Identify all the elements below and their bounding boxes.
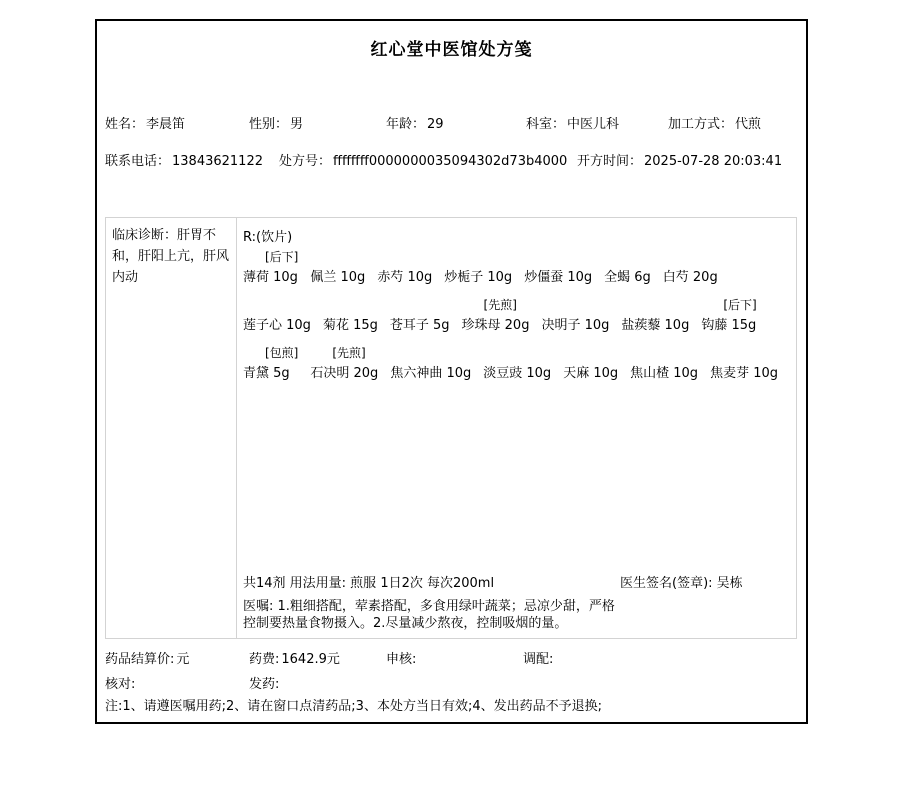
herb-item: [后下]钩藤 15g: [701, 296, 756, 337]
prepare-label: 调配:: [523, 652, 553, 667]
medical-advice: 医嘱: 1.粗细搭配，荤素搭配，多食用绿叶蔬菜；忌凉少甜，严格控制要热量食物摄入…: [243, 599, 621, 632]
prescribe-time-value: 2025-07-28 20:03:41: [644, 154, 782, 169]
herb-item: 淡豆豉 10g: [483, 344, 551, 385]
contact-phone-label: 联系电话：: [105, 154, 170, 169]
herb-name-dose: 苍耳子 5g: [390, 315, 450, 337]
medicine-fee-value: 1642.9元: [281, 652, 340, 667]
check-field: 核对:: [105, 673, 137, 692]
herb-item: [先煎]石决明 20g: [310, 344, 378, 385]
decoction-marker: [483, 344, 551, 363]
herb-item: 天麻 10g: [563, 344, 618, 385]
decoction-marker: [663, 248, 718, 267]
prescription-number-label: 处方号：: [279, 154, 331, 169]
herb-name-dose: 珍珠母 20g: [462, 315, 530, 337]
prescribe-time: 开方时间：2025-07-28 20:03:41: [577, 150, 782, 169]
decoction-marker: [包煎]: [243, 344, 298, 363]
footer-note: 注:1、请遵医嘱用药;2、请在窗口点清药品;3、本处方当日有效;4、发出药品不予…: [105, 695, 602, 714]
prescribe-time-label: 开方时间：: [577, 154, 642, 169]
herb-item: 炒僵蚕 10g: [524, 248, 592, 289]
herb-item: 全蝎 6g: [604, 248, 651, 289]
footer-row-1: 药品结算价:元 药费:1642.9元 申核: 调配:: [97, 648, 806, 668]
footer-note-row: 注:1、请遵医嘱用药;2、请在窗口点清药品;3、本处方当日有效;4、发出药品不予…: [97, 695, 806, 715]
decoction-marker: [604, 248, 651, 267]
contact-phone-value: 13843621122: [172, 154, 263, 169]
herb-name-dose: 盐蒺藜 10g: [621, 315, 689, 337]
doctor-signature-label: 医生签名(签章):: [620, 576, 713, 591]
herb-name-dose: 淡豆豉 10g: [483, 363, 551, 385]
herb-name-dose: 佩兰 10g: [310, 267, 365, 289]
herb-name-dose: 石决明 20g: [310, 363, 378, 385]
patient-gender-value: 男: [290, 117, 303, 132]
decoction-marker: [710, 344, 778, 363]
herb-item: 佩兰 10g: [310, 248, 365, 289]
contact-phone: 联系电话：13843621122: [105, 150, 263, 169]
herb-name-dose: 薄荷 10g: [243, 267, 298, 289]
dispense-label: 发药:: [249, 677, 279, 692]
herb-item: 焦六神曲 10g: [390, 344, 471, 385]
settle-price: 药品结算价:元: [105, 648, 189, 667]
decoction-marker: [444, 248, 512, 267]
settle-price-label: 药品结算价:: [105, 652, 174, 667]
patient-age-label: 年龄：: [386, 117, 425, 132]
review-label: 申核:: [386, 652, 416, 667]
prescription-number: 处方号：ffffffff0000000035094302d73b4000: [279, 150, 567, 169]
medicine-fee-label: 药费:: [249, 652, 279, 667]
dispense-field: 发药:: [249, 673, 281, 692]
usage-row: 共14剂 用法用量: 煎服 1日2次 每次200ml 医生签名(签章): 吴栋: [243, 572, 790, 592]
patient-name-value: 李晨笛: [146, 117, 185, 132]
herb-name-dose: 天麻 10g: [563, 363, 618, 385]
patient-name-label: 姓名：: [105, 117, 144, 132]
clinical-diagnosis: 临床诊断：肝胃不和，肝阳上亢，肝风内动: [106, 218, 237, 638]
patient-dept-value: 中医儿科: [567, 117, 619, 132]
prescription-table: 临床诊断：肝胃不和，肝阳上亢，肝风内动 R:(饮片) [后下]薄荷 10g佩兰 …: [105, 217, 797, 639]
patient-gender-label: 性别：: [249, 117, 288, 132]
patient-name: 姓名：李晨笛: [105, 113, 185, 132]
herb-item: 决明子 10g: [541, 296, 609, 337]
herb-line-3: [包煎]青黛 5g[先煎]石决明 20g焦六神曲 10g淡豆豉 10g天麻 10…: [243, 344, 790, 385]
herb-line-1: [后下]薄荷 10g佩兰 10g赤芍 10g炒栀子 10g炒僵蚕 10g全蝎 6…: [243, 248, 790, 289]
doctor-signature: 医生签名(签章): 吴栋: [620, 572, 743, 591]
medicine-fee: 药费:1642.9元: [249, 648, 340, 667]
herb-name-dose: 焦麦芽 10g: [710, 363, 778, 385]
decoction-marker: [563, 344, 618, 363]
herb-name-dose: 焦山楂 10g: [630, 363, 698, 385]
herb-name-dose: 白芍 20g: [663, 267, 718, 289]
patient-age: 年龄：29: [386, 113, 444, 132]
settle-price-value: 元: [176, 652, 189, 667]
decoction-marker: [390, 344, 471, 363]
herb-item: 苍耳子 5g: [390, 296, 450, 337]
patient-info-row-2: 联系电话：13843621122 处方号：ffffffff00000000350…: [97, 150, 806, 170]
decoction-marker: [377, 248, 432, 267]
patient-dept-label: 科室：: [526, 117, 565, 132]
decoction-marker: [621, 296, 689, 315]
patient-info-row-1: 姓名：李晨笛 性别：男 年龄：29 科室：中医儿科 加工方式：代煎: [97, 113, 806, 133]
herb-item: [先煎]珍珠母 20g: [462, 296, 530, 337]
decoction-marker: [630, 344, 698, 363]
herb-item: [后下]薄荷 10g: [243, 248, 298, 289]
herb-name-dose: 青黛 5g: [243, 363, 298, 385]
herb-item: [包煎]青黛 5g: [243, 344, 298, 385]
decoction-marker: [524, 248, 592, 267]
herb-name-dose: 焦六神曲 10g: [390, 363, 471, 385]
rx-header: R:(饮片): [243, 226, 790, 246]
herb-item: 菊花 15g: [323, 296, 378, 337]
herb-name-dose: 全蝎 6g: [604, 267, 651, 289]
decoction-marker: [243, 296, 311, 315]
processing-method-label: 加工方式：: [668, 117, 733, 132]
prepare-field: 调配:: [523, 648, 555, 667]
usage-and-advice: 共14剂 用法用量: 煎服 1日2次 每次200ml 医生签名(签章): 吴栋 …: [243, 572, 790, 632]
prescription-sheet: 红心堂中医馆处方笺 姓名：李晨笛 性别：男 年龄：29 科室：中医儿科 加工方式…: [95, 19, 808, 724]
patient-dept: 科室：中医儿科: [526, 113, 619, 132]
decoction-marker: [先煎]: [462, 296, 530, 315]
decoction-marker: [541, 296, 609, 315]
check-label: 核对:: [105, 677, 135, 692]
herb-item: 炒栀子 10g: [444, 248, 512, 289]
diagnosis-label: 临床诊断：: [112, 228, 177, 243]
herb-name-dose: 炒僵蚕 10g: [524, 267, 592, 289]
herb-item: 赤芍 10g: [377, 248, 432, 289]
prescription-content: R:(饮片) [后下]薄荷 10g佩兰 10g赤芍 10g炒栀子 10g炒僵蚕 …: [237, 218, 796, 638]
decoction-marker: [390, 296, 450, 315]
herb-lines: [后下]薄荷 10g佩兰 10g赤芍 10g炒栀子 10g炒僵蚕 10g全蝎 6…: [243, 248, 790, 385]
footer-row-2: 核对: 发药:: [97, 673, 806, 693]
herb-item: 盐蒺藜 10g: [621, 296, 689, 337]
herb-name-dose: 钩藤 15g: [701, 315, 756, 337]
processing-method-value: 代煎: [735, 117, 761, 132]
prescription-number-value: ffffffff0000000035094302d73b4000: [333, 154, 567, 169]
herb-item: 焦麦芽 10g: [710, 344, 778, 385]
herb-item: 莲子心 10g: [243, 296, 311, 337]
patient-gender: 性别：男: [249, 113, 303, 132]
herb-line-2: 莲子心 10g菊花 15g苍耳子 5g[先煎]珍珠母 20g决明子 10g盐蒺藜…: [243, 296, 790, 337]
decoction-marker: [323, 296, 378, 315]
herb-name-dose: 赤芍 10g: [377, 267, 432, 289]
herb-name-dose: 炒栀子 10g: [444, 267, 512, 289]
processing-method: 加工方式：代煎: [668, 113, 761, 132]
doctor-signature-value: 吴栋: [717, 576, 743, 591]
decoction-marker: [后下]: [701, 296, 756, 315]
page-title: 红心堂中医馆处方笺: [97, 35, 806, 60]
patient-age-value: 29: [427, 117, 444, 132]
decoction-marker: [310, 248, 365, 267]
prescription-page: 红心堂中医馆处方笺 姓名：李晨笛 性别：男 年龄：29 科室：中医儿科 加工方式…: [0, 0, 900, 800]
herb-item: 焦山楂 10g: [630, 344, 698, 385]
review-field: 申核:: [386, 648, 418, 667]
decoction-marker: [先煎]: [310, 344, 378, 363]
decoction-marker: [后下]: [243, 248, 298, 267]
herb-name-dose: 菊花 15g: [323, 315, 378, 337]
herb-item: 白芍 20g: [663, 248, 718, 289]
dose-usage: 共14剂 用法用量: 煎服 1日2次 每次200ml: [243, 572, 494, 591]
herb-name-dose: 莲子心 10g: [243, 315, 311, 337]
herb-name-dose: 决明子 10g: [541, 315, 609, 337]
